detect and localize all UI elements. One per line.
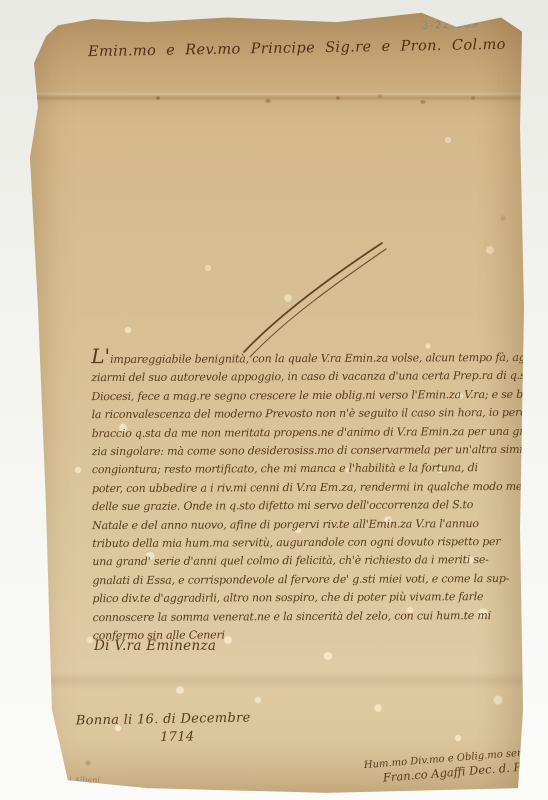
manuscript-line: Natale e del anno nuovo, afine di porger… — [92, 515, 528, 536]
manuscript-line: connoscere la somma venerat.ne e la sinc… — [93, 607, 529, 628]
letter-body: L'impareggiabile benignità, con la quale… — [91, 345, 529, 646]
manuscript-line: la riconvalescenza del moderno Prevosto … — [92, 404, 528, 425]
archival-pencil-note: … Card.l Albani — [36, 775, 100, 786]
manuscript-line: Diocesi, fece a mag.re segno crescere le… — [91, 386, 527, 407]
dateline: Bonna li 16. di Decembre 1714 — [76, 710, 251, 746]
manuscript-line: congiontura; resto mortificato, che mi m… — [92, 459, 528, 480]
place-and-date: Bonna li 16. di Decembre — [76, 710, 251, 728]
manuscript-line: poter, con ubbedire a i riv.mi cenni di … — [92, 478, 528, 499]
manuscript-line: delle sue grazie. Onde in q.sto difetto … — [92, 496, 528, 517]
manuscript-line: ziarmi del suo autorevole appoggio, in c… — [91, 367, 527, 388]
letter-paper: 3-22-569 Emin.mo e Rev.mo Principe Sig.r… — [28, 8, 526, 796]
manuscript-line: zia singolare: mà come sono desiderosiss… — [92, 441, 528, 462]
photograph-background: 3-22-569 Emin.mo e Rev.mo Principe Sig.r… — [0, 0, 548, 800]
fold-crease — [28, 93, 526, 104]
manuscript-line: tributo della mia hum.ma servitù, augura… — [92, 533, 528, 554]
catalog-number: 3-22-569 — [422, 19, 480, 32]
manuscript-line: braccio q.sta da me non meritata propens… — [92, 422, 528, 443]
salutation-line: Emin.mo e Rev.mo Principe Sig.re e Pron.… — [88, 38, 446, 60]
closing-line: Di V.ra Eminenza — [94, 638, 216, 654]
year: 1714 — [160, 728, 251, 745]
manuscript-line: una grand' serie d'anni quel colmo di fe… — [92, 551, 528, 572]
manuscript-line: L'impareggiabile benignità, con la quale… — [91, 345, 527, 370]
manuscript-line: gnalati di Essa, e corrispondevole al fe… — [92, 570, 528, 591]
signature-block: Hum.mo Div.mo e Oblig.mo servitore Fran.… — [364, 746, 545, 786]
manuscript-line: plico div.te d'aggradirli, altro non sos… — [92, 588, 528, 609]
